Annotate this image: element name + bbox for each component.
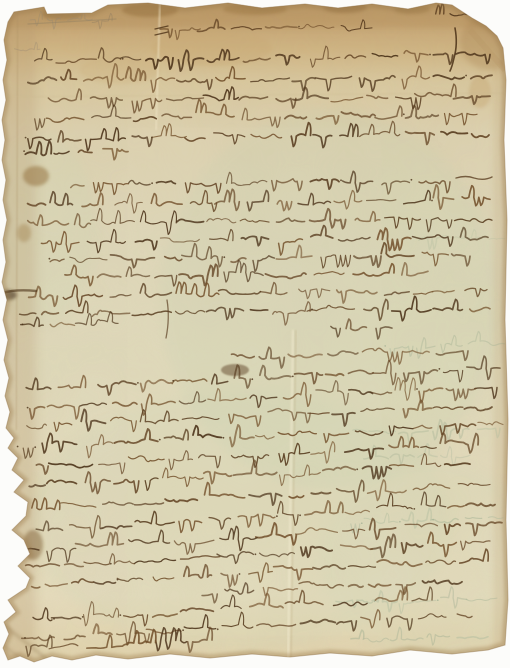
stain [469, 76, 491, 108]
manuscript-scan [0, 0, 510, 668]
stain [23, 166, 49, 186]
manuscript-page-svg [0, 0, 510, 668]
stain [17, 224, 31, 242]
overwritten-word-blot [221, 364, 249, 376]
paper-texture [0, 0, 510, 668]
